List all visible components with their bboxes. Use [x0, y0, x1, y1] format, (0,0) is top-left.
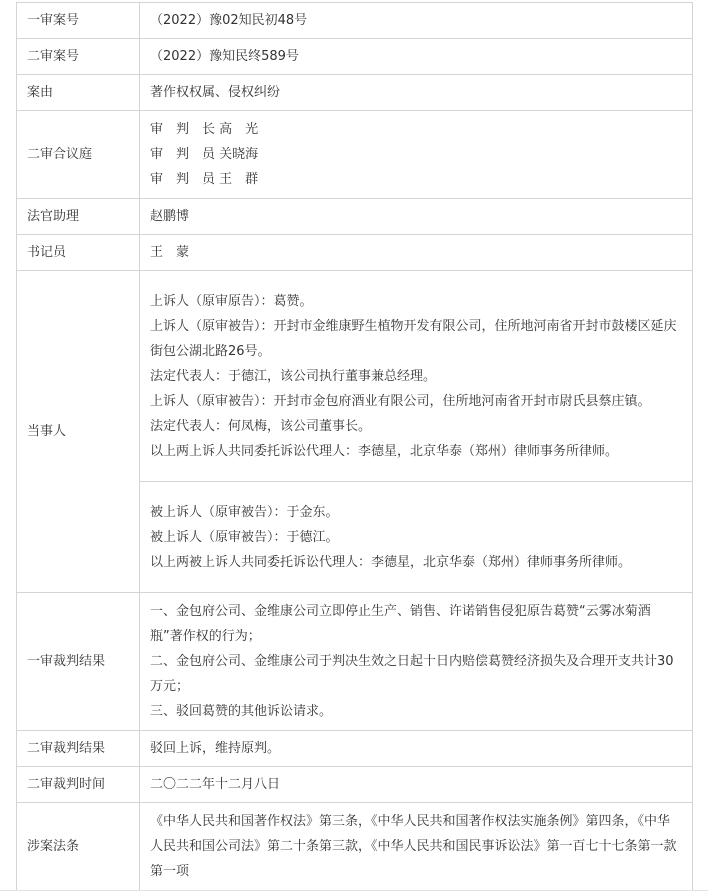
value-judge-assistant: 赵鹏博: [140, 199, 693, 235]
value-appellants: 上诉人（原审原告）：葛赞。 上诉人（原审被告）：开封市金维康野生植物开发有限公司…: [140, 271, 693, 482]
label-parties: 当事人: [17, 271, 140, 593]
panel-member-presiding-judge: 审 判 长 高 光: [150, 117, 682, 142]
appellant-line: 上诉人（原审原告）：葛赞。: [150, 289, 682, 314]
label-relevant-laws: 涉案法条: [17, 803, 140, 891]
row-judge-assistant: 法官助理 赵鹏博: [17, 199, 693, 235]
result-item: 三、驳回葛赞的其他诉讼请求。: [150, 699, 682, 724]
row-second-instance-case-no: 二审案号 （2022）豫知民终589号: [17, 39, 693, 75]
row-cause-of-action: 案由 著作权权属、侵权纠纷: [17, 75, 693, 111]
label-first-instance-result: 一审裁判结果: [17, 593, 140, 731]
appellee-line: 被上诉人（原审被告）：于金东。: [150, 500, 682, 525]
value-relevant-laws: 《中华人民共和国著作权法》第三条，《中华人民共和国著作权法实施条例》第四条，《中…: [140, 803, 693, 891]
value-second-instance-date: 二〇二二年十二月八日: [140, 767, 693, 803]
label-second-instance-case-no: 二审案号: [17, 39, 140, 75]
label-clerk: 书记员: [17, 235, 140, 271]
label-judge-assistant: 法官助理: [17, 199, 140, 235]
label-second-instance-result: 二审裁判结果: [17, 731, 140, 767]
row-relevant-laws: 涉案法条 《中华人民共和国著作权法》第三条，《中华人民共和国著作权法实施条例》第…: [17, 803, 693, 891]
appellant-line: 法定代表人：何凤梅，该公司董事长。: [150, 414, 682, 439]
label-collegial-panel: 二审合议庭: [17, 111, 140, 199]
value-cause-of-action: 著作权权属、侵权纠纷: [140, 75, 693, 111]
appellant-line: 以上两上诉人共同委托诉讼代理人：李德星，北京华泰（郑州）律师事务所律师。: [150, 439, 682, 464]
value-second-instance-case-no: （2022）豫知民终589号: [140, 39, 693, 75]
row-collegial-panel: 二审合议庭 审 判 长 高 光 审 判 员 关晓海 审 判 员 王 群: [17, 111, 693, 199]
row-second-instance-date: 二审裁判时间 二〇二二年十二月八日: [17, 767, 693, 803]
panel-member-judge-1: 审 判 员 关晓海: [150, 142, 682, 167]
row-clerk: 书记员 王 蒙: [17, 235, 693, 271]
result-item: 二、金包府公司、金维康公司于判决生效之日起十日内赔偿葛赞经济损失及合理开支共计3…: [150, 649, 682, 699]
bottom-divider: [0, 890, 708, 891]
label-first-instance-case-no: 一审案号: [17, 3, 140, 39]
value-clerk: 王 蒙: [140, 235, 693, 271]
appellant-line: 上诉人（原审被告）：开封市金包府酒业有限公司，住所地河南省开封市尉氏县蔡庄镇。: [150, 389, 682, 414]
appellee-line: 被上诉人（原审被告）：于德江。: [150, 525, 682, 550]
row-first-instance-case-no: 一审案号 （2022）豫02知民初48号: [17, 3, 693, 39]
row-first-instance-result: 一审裁判结果 一、金包府公司、金维康公司立即停止生产、销售、许诺销售侵犯原告葛赞…: [17, 593, 693, 731]
case-info-table: 一审案号 （2022）豫02知民初48号 二审案号 （2022）豫知民终589号…: [16, 2, 693, 891]
label-cause-of-action: 案由: [17, 75, 140, 111]
result-item: 一、金包府公司、金维康公司立即停止生产、销售、许诺销售侵犯原告葛赞“云雾冰菊酒瓶…: [150, 599, 682, 649]
appellee-line: 以上两被上诉人共同委托诉讼代理人：李德星，北京华泰（郑州）律师事务所律师。: [150, 550, 682, 575]
label-second-instance-date: 二审裁判时间: [17, 767, 140, 803]
row-parties-appellants: 当事人 上诉人（原审原告）：葛赞。 上诉人（原审被告）：开封市金维康野生植物开发…: [17, 271, 693, 482]
value-second-instance-result: 驳回上诉，维持原判。: [140, 731, 693, 767]
value-appellees: 被上诉人（原审被告）：于金东。 被上诉人（原审被告）：于德江。 以上两被上诉人共…: [140, 482, 693, 593]
row-second-instance-result: 二审裁判结果 驳回上诉，维持原判。: [17, 731, 693, 767]
value-collegial-panel: 审 判 长 高 光 审 判 员 关晓海 审 判 员 王 群: [140, 111, 693, 199]
value-first-instance-result: 一、金包府公司、金维康公司立即停止生产、销售、许诺销售侵犯原告葛赞“云雾冰菊酒瓶…: [140, 593, 693, 731]
panel-member-judge-2: 审 判 员 王 群: [150, 167, 682, 192]
appellant-line: 法定代表人：于德江，该公司执行董事兼总经理。: [150, 364, 682, 389]
appellant-line: 上诉人（原审被告）：开封市金维康野生植物开发有限公司，住所地河南省开封市鼓楼区延…: [150, 314, 682, 364]
value-first-instance-case-no: （2022）豫02知民初48号: [140, 3, 693, 39]
